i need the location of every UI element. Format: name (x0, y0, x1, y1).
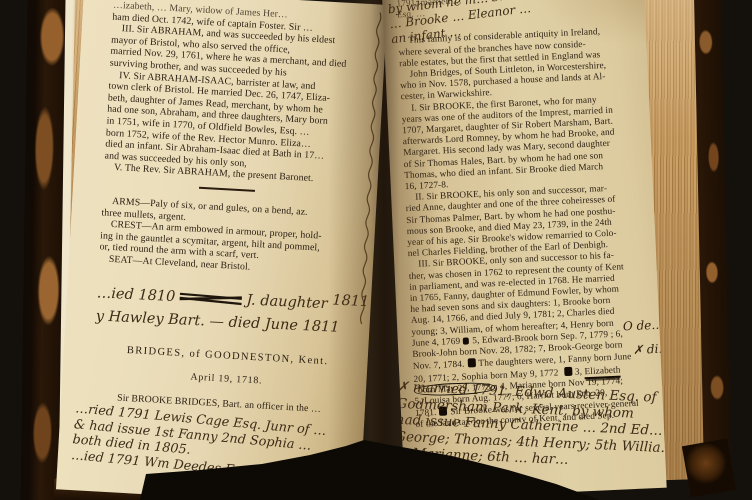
creation-date-line: April 19, 1718. (92, 366, 360, 393)
handwritten-note-top: …ied 1810 J. daughter 1811y Hawley Bart.… (95, 283, 365, 342)
section-divider-rule (199, 187, 255, 192)
scribble-mark (180, 293, 242, 307)
left-page: …izabeth, … Mary, widow of James Her…ham… (56, 0, 388, 500)
right-page: 1791; married …Esq. … by whom he m… 3rd … (382, 0, 667, 499)
text-seg: …ied 1810 (96, 286, 180, 306)
blob-mark (467, 358, 475, 367)
text-seg: J. daughter (241, 293, 332, 313)
handwritten-margin-note-1: O de… (623, 318, 664, 334)
bottom-right-cover-edge (682, 438, 736, 497)
open-book-photo: …izabeth, … Mary, widow of James Her…ham… (0, 0, 752, 500)
handwritten-note-bottom-right: ✗ married 1791, Edwd Austen Esq. ofGodme… (394, 379, 667, 474)
right-page-printed-text: This family is of considerable antiquity… (398, 26, 656, 432)
section-heading: BRIDGES, of GOODNESTON, Kent. (94, 344, 362, 371)
blob-mark (564, 366, 572, 375)
text-seg: Nov. 7, 1784. (413, 360, 465, 372)
blob-mark (463, 337, 469, 344)
text-seg: June 4, 1769 (412, 337, 461, 349)
arms-crest-seat-block: ARMS—Paly of six, or and gules, on a ben… (99, 195, 370, 279)
left-page-printed-text: …izabeth, … Mary, widow of James Her…ham… (104, 0, 381, 188)
